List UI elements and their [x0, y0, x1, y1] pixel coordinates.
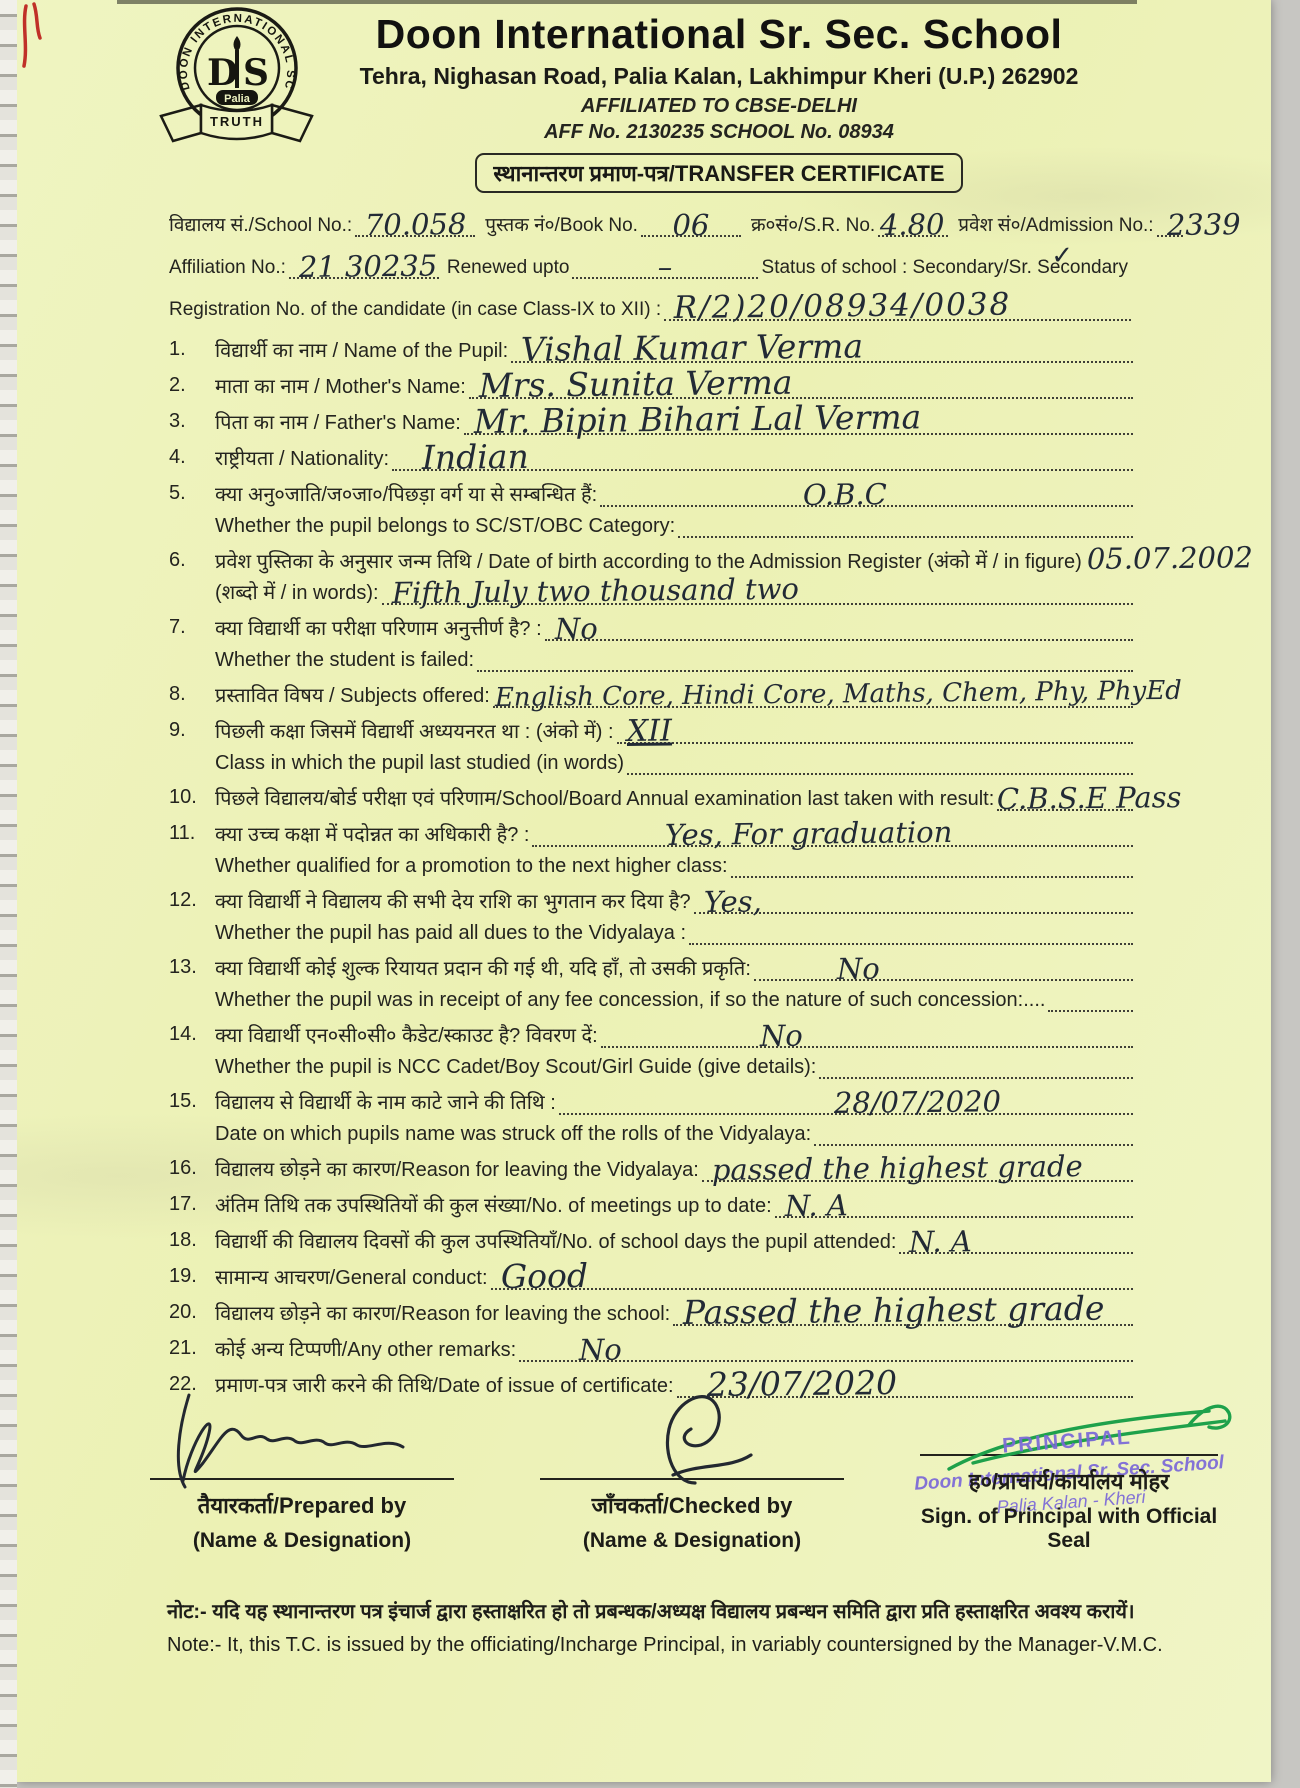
torn-edge: [0, 0, 17, 1788]
book-no-value: 06: [672, 211, 709, 240]
field-17: 17. अंतिम तिथि तक उपस्थितियों की कुल संख…: [169, 1192, 1133, 1218]
dotted-line: [731, 852, 1134, 878]
field-label-en: (शब्दो में / in words):: [215, 578, 382, 605]
flame-icon: [234, 36, 241, 52]
category-value: O.B.C: [802, 480, 886, 510]
renewed-upto-value: –: [658, 253, 673, 282]
dotted-line: No: [545, 615, 1133, 641]
dotted-line: 28/07/2020: [559, 1089, 1133, 1115]
meta-line-affiliation: Affiliation No.: 21 30235 Renewed upto –…: [169, 253, 1131, 279]
field-label: क्या उच्च कक्षा में पदोन्नत का अधिकारी ह…: [215, 820, 532, 847]
field-14: 14. क्या विद्यार्थी एन०सी०सी० कैडेट/स्का…: [169, 1022, 1133, 1079]
field-number: 15.: [169, 1089, 215, 1146]
field-number: 12.: [169, 888, 215, 945]
school-days-value: N. A: [909, 1227, 972, 1257]
field-label: विद्यालय छोड़ने का कारण/Reason for leavi…: [215, 1155, 702, 1182]
prepared-by-label: तैयारकर्ता/Prepared by: [137, 1490, 467, 1520]
field-label: विद्यार्थी का नाम / Name of the Pupil:: [215, 336, 511, 363]
dotted-line: 21 30235: [289, 253, 439, 279]
field-number: 4.: [169, 445, 215, 471]
field-label-en: Whether the pupil belongs to SC/ST/OBC C…: [215, 515, 678, 538]
field-1: 1. विद्यार्थी का नाम / Name of the Pupil…: [169, 337, 1133, 363]
checked-by-block: जाँचकर्ता/Checked by (Name & Designation…: [527, 1478, 857, 1553]
board-result-value: C.B.S.E Pass: [997, 783, 1182, 814]
field-label: प्रस्तावित विषय / Subjects offered:: [215, 681, 493, 708]
prepared-signature: [155, 1389, 435, 1489]
field-label: क्या विद्यार्थी कोई शुल्क रियायत प्रदान …: [215, 954, 754, 981]
dotted-line: O.B.C: [600, 481, 1133, 507]
dotted-line: 4.80: [878, 211, 948, 237]
dotted-line: Good: [491, 1264, 1133, 1290]
field-15: 15. विद्यालय से विद्यार्थी के नाम काटे ज…: [169, 1089, 1133, 1146]
field-label: प्रवेश पुस्तिका के अनुसार जन्म तिथि / Da…: [215, 547, 1085, 574]
field-number: 16.: [169, 1156, 215, 1182]
checked-by-label: जाँचकर्ता/Checked by: [527, 1490, 857, 1520]
field-label: पिछले विद्यालय/बोर्ड परीक्षा एवं परिणाम/…: [215, 784, 997, 811]
field-label: क्या विद्यार्थी का परीक्षा परिणाम अनुत्त…: [215, 614, 545, 641]
field-number: 10.: [169, 785, 215, 811]
field-10: 10. पिछले विद्यालय/बोर्ड परीक्षा एवं परि…: [169, 785, 1133, 811]
field-label: राष्ट्रीयता / Nationality:: [215, 444, 392, 471]
field-number: 14.: [169, 1022, 215, 1079]
field-number: 2.: [169, 373, 215, 399]
field-number: 17.: [169, 1192, 215, 1218]
red-pen-marks: [18, 2, 48, 72]
field-16: 16. विद्यालय छोड़ने का कारण/Reason for l…: [169, 1156, 1133, 1182]
field-13: 13. क्या विद्यार्थी कोई शुल्क रियायत प्र…: [169, 955, 1133, 1012]
dotted-line: Yes, For graduation: [532, 821, 1133, 847]
certificate-page: DOON INTERNATIONAL SCHOOL D S Palia TRUT…: [17, 0, 1271, 1782]
dues-paid-value: Yes,: [703, 887, 761, 917]
field-label: विद्यालय छोड़ने का कारण/Reason for leavi…: [215, 1299, 673, 1326]
prepared-by-block: तैयारकर्ता/Prepared by (Name & Designati…: [137, 1478, 467, 1553]
field-label-en: Whether qualified for a promotion to the…: [215, 855, 731, 878]
dotted-line: [627, 749, 1133, 775]
field-label: क्या अनु०जाति/ज०जा०/पिछड़ा वर्ग या से सम…: [215, 480, 600, 507]
renewed-upto-label: Renewed upto: [439, 257, 573, 279]
field-5: 5. क्या अनु०जाति/ज०जा०/पिछड़ा वर्ग या से…: [169, 481, 1133, 538]
affiliation-no-value: 21 30235: [299, 252, 438, 282]
conduct-value: Good: [500, 1259, 588, 1293]
prepared-by-sub: (Name & Designation): [137, 1529, 467, 1553]
admission-no-label: प्रवेश सं०/Admission No.:: [948, 211, 1156, 237]
field-4: 4. राष्ट्रीयता / Nationality: Indian: [169, 445, 1133, 471]
dotted-line: XII: [617, 718, 1133, 744]
field-20: 20. विद्यालय छोड़ने का कारण/Reason for l…: [169, 1300, 1133, 1326]
field-number: 20.: [169, 1300, 215, 1326]
checked-by-sub: (Name & Designation): [527, 1529, 857, 1553]
field-11: 11. क्या उच्च कक्षा में पदोन्नत का अधिका…: [169, 821, 1133, 878]
field-8: 8. प्रस्तावित विषय / Subjects offered: E…: [169, 682, 1133, 708]
principal-sign-block: PRINCIPAL Doon International Sr. Sec. Sc…: [907, 1454, 1231, 1553]
school-no-value: 70.058: [365, 210, 467, 240]
ncc-value: No: [760, 1022, 803, 1051]
field-21: 21. कोई अन्य टिप्पणी/Any other remarks: …: [169, 1336, 1133, 1362]
field-number: 18.: [169, 1228, 215, 1254]
note-english: Note:- It, this T.C. is issued by the of…: [167, 1630, 1201, 1661]
dotted-line: [678, 512, 1133, 538]
dotted-line: Indian: [392, 445, 1133, 471]
aff-number-line: AFF No. 2130235 SCHOOL No. 08934: [197, 121, 1241, 144]
reason-vidyalaya-value: passed the highest grade: [711, 1152, 1082, 1185]
field-number: 13.: [169, 955, 215, 1012]
dotted-line: English Core, Hindi Core, Maths, Chem, P…: [493, 682, 1133, 708]
field-label-en: Date on which pupils name was struck off…: [215, 1123, 814, 1146]
dotted-line: No: [519, 1336, 1133, 1362]
field-label: विद्यार्थी की विद्यालय दिवसों की कुल उपस…: [215, 1227, 899, 1254]
field-number: 5.: [169, 481, 215, 538]
sr-no-value: 4.80: [880, 210, 945, 240]
checkmark-icon: ✓: [1051, 241, 1073, 271]
field-label: माता का नाम / Mother's Name:: [215, 372, 469, 399]
field-label: क्या विद्यार्थी ने विद्यालय की सभी देय र…: [215, 887, 694, 914]
dotted-line: 2339: [1157, 211, 1183, 237]
affiliation-no-label: Affiliation No.:: [169, 257, 289, 279]
field-label: सामान्य आचरण/General conduct:: [215, 1263, 491, 1290]
school-no-label: विद्यालय सं./School No.:: [169, 211, 355, 237]
meta-line-numbers: विद्यालय सं./School No.: 70.058 पुस्तक न…: [169, 211, 1131, 237]
status-of-school-label: Status of school : Secondary/Sr. Seconda…: [758, 257, 1131, 279]
dotted-line: 06: [641, 211, 741, 237]
sr-no-label: क्र०सं०/S.R. No.: [741, 211, 878, 237]
field-label: अंतिम तिथि तक उपस्थितियों की कुल संख्या/…: [215, 1191, 775, 1218]
dotted-line: Passed the highest grade: [673, 1300, 1133, 1326]
dotted-line: [477, 646, 1133, 672]
field-19: 19. सामान्य आचरण/General conduct: Good: [169, 1264, 1133, 1290]
dotted-line: [814, 1120, 1133, 1146]
dotted-line: passed the highest grade: [702, 1156, 1133, 1182]
principal-sign-sub: Sign. of Principal with Official Seal: [907, 1505, 1231, 1553]
dotted-line: Mr. Bipin Bihari Lal Verma: [464, 409, 1133, 435]
pupil-name-value: Vishal Kumar Verma: [521, 330, 864, 367]
logo-initial-d: D: [207, 52, 238, 94]
nationality-value: Indian: [422, 440, 529, 474]
signature-section: तैयारकर्ता/Prepared by (Name & Designati…: [17, 1454, 1271, 1553]
dotted-line: R/2)20/08934/0038: [664, 295, 1131, 321]
admission-no-value: 2339: [1166, 210, 1240, 240]
field-9: 9. पिछली कक्षा जिसमें विद्यार्थी अध्ययनर…: [169, 718, 1133, 775]
dotted-line: C.B.S.E Pass: [997, 785, 1133, 811]
school-name: Doon International Sr. Sec. School: [197, 12, 1241, 57]
field-label: कोई अन्य टिप्पणी/Any other remarks:: [215, 1335, 519, 1362]
affiliation-line: AFFILIATED TO CBSE-DELHI: [197, 95, 1241, 118]
principal-sign-label: ह०/प्राचार्य/कार्यालय मोहर: [907, 1466, 1231, 1496]
field-number: 9.: [169, 718, 215, 775]
dob-figure-value: 05.07.2002: [1086, 543, 1252, 574]
certificate-title: स्थानान्तरण प्रमाण-पत्र/TRANSFER CERTIFI…: [475, 153, 962, 193]
dotted-line: Mrs. Sunita Verma: [469, 373, 1133, 399]
registration-no-label: Registration No. of the candidate (in ca…: [169, 299, 664, 321]
failed-value: No: [554, 615, 597, 644]
logo-palia: Palia: [224, 93, 251, 105]
registration-no-value: R/2)20/08934/0038: [674, 290, 1012, 325]
field-number: 8.: [169, 682, 215, 708]
field-number: 19.: [169, 1264, 215, 1290]
dotted-line: 70.058: [355, 211, 475, 237]
school-logo: DOON INTERNATIONAL SCHOOL D S Palia TRUT…: [149, 4, 324, 154]
meta-section: विद्यालय सं./School No.: 70.058 पुस्तक न…: [17, 211, 1271, 321]
dotted-line: N. A: [899, 1228, 1133, 1254]
field-label-en: Whether the pupil is NCC Cadet/Boy Scout…: [215, 1056, 819, 1079]
field-label: क्या विद्यार्थी एन०सी०सी० कैडेट/स्काउट ह…: [215, 1021, 601, 1048]
form-fields: 1. विद्यार्थी का नाम / Name of the Pupil…: [17, 337, 1271, 1398]
field-label-en: Whether the pupil was in receipt of any …: [215, 989, 1048, 1012]
field-label-en: Class in which the pupil last studied (i…: [215, 752, 627, 775]
logo-initial-s: S: [243, 52, 269, 94]
mother-name-value: Mrs. Sunita Verma: [478, 366, 792, 402]
meetings-value: N. A: [784, 1191, 847, 1221]
field-2: 2. माता का नाम / Mother's Name: Mrs. Sun…: [169, 373, 1133, 399]
dotted-line: [1048, 986, 1133, 1012]
dotted-line: No: [754, 955, 1133, 981]
field-number: 11.: [169, 821, 215, 878]
field-7: 7. क्या विद्यार्थी का परीक्षा परिणाम अनु…: [169, 615, 1133, 672]
field-number: 21.: [169, 1336, 215, 1362]
letterhead: DOON INTERNATIONAL SCHOOL D S Palia TRUT…: [17, 0, 1271, 193]
meta-line-registration: Registration No. of the candidate (in ca…: [169, 295, 1131, 321]
dotted-line: Yes,: [694, 888, 1133, 914]
struck-off-date-value: 28/07/2020: [834, 1087, 1001, 1118]
dotted-line: [819, 1053, 1133, 1079]
field-number: 1.: [169, 337, 215, 363]
dotted-line: [689, 919, 1133, 945]
subjects-value: English Core, Hindi Core, Maths, Chem, P…: [495, 678, 1182, 711]
checked-signature: [617, 1383, 767, 1493]
field-12: 12. क्या विद्यार्थी ने विद्यालय की सभी द…: [169, 888, 1133, 945]
field-label-en: Whether the student is failed:: [215, 649, 477, 672]
dotted-line: Vishal Kumar Verma: [511, 337, 1133, 363]
dotted-line: –: [572, 253, 757, 279]
dotted-line: Fifth July two thousand two: [382, 579, 1133, 605]
footnotes: नोट:- यदि यह स्थानान्तरण पत्र इंचार्ज द्…: [17, 1597, 1271, 1661]
fee-concession-value: No: [837, 955, 880, 984]
field-label: पिता का नाम / Father's Name:: [215, 408, 464, 435]
promotion-value: Yes, For graduation: [664, 818, 952, 850]
dob-words-value: Fifth July two thousand two: [391, 575, 798, 608]
field-number: 7.: [169, 615, 215, 672]
dotted-line: No: [601, 1022, 1133, 1048]
reason-school-value: Passed the highest grade: [683, 1292, 1105, 1329]
remarks-value: No: [579, 1336, 622, 1365]
field-number: 6.: [169, 548, 215, 605]
book-no-label: पुस्तक नं०/Book No.: [475, 211, 641, 237]
field-6: 6. प्रवेश पुस्तिका के अनुसार जन्म तिथि /…: [169, 548, 1133, 605]
field-number: 3.: [169, 409, 215, 435]
last-class-value: XII: [626, 717, 671, 747]
field-18: 18. विद्यार्थी की विद्यालय दिवसों की कुल…: [169, 1228, 1133, 1254]
field-label: पिछली कक्षा जिसमें विद्यार्थी अध्ययनरत थ…: [215, 717, 617, 744]
field-label-en: Whether the pupil has paid all dues to t…: [215, 922, 689, 945]
dotted-line: N. A: [775, 1192, 1133, 1218]
field-3: 3. पिता का नाम / Father's Name: Mr. Bipi…: [169, 409, 1133, 435]
field-label: विद्यालय से विद्यार्थी के नाम काटे जाने …: [215, 1088, 559, 1115]
father-name-value: Mr. Bipin Bihari Lal Verma: [473, 400, 921, 438]
note-hindi: नोट:- यदि यह स्थानान्तरण पत्र इंचार्ज द्…: [167, 1597, 1201, 1628]
logo-truth: TRUTH: [210, 114, 264, 129]
school-address: Tehra, Nighasan Road, Palia Kalan, Lakhi…: [197, 63, 1241, 90]
